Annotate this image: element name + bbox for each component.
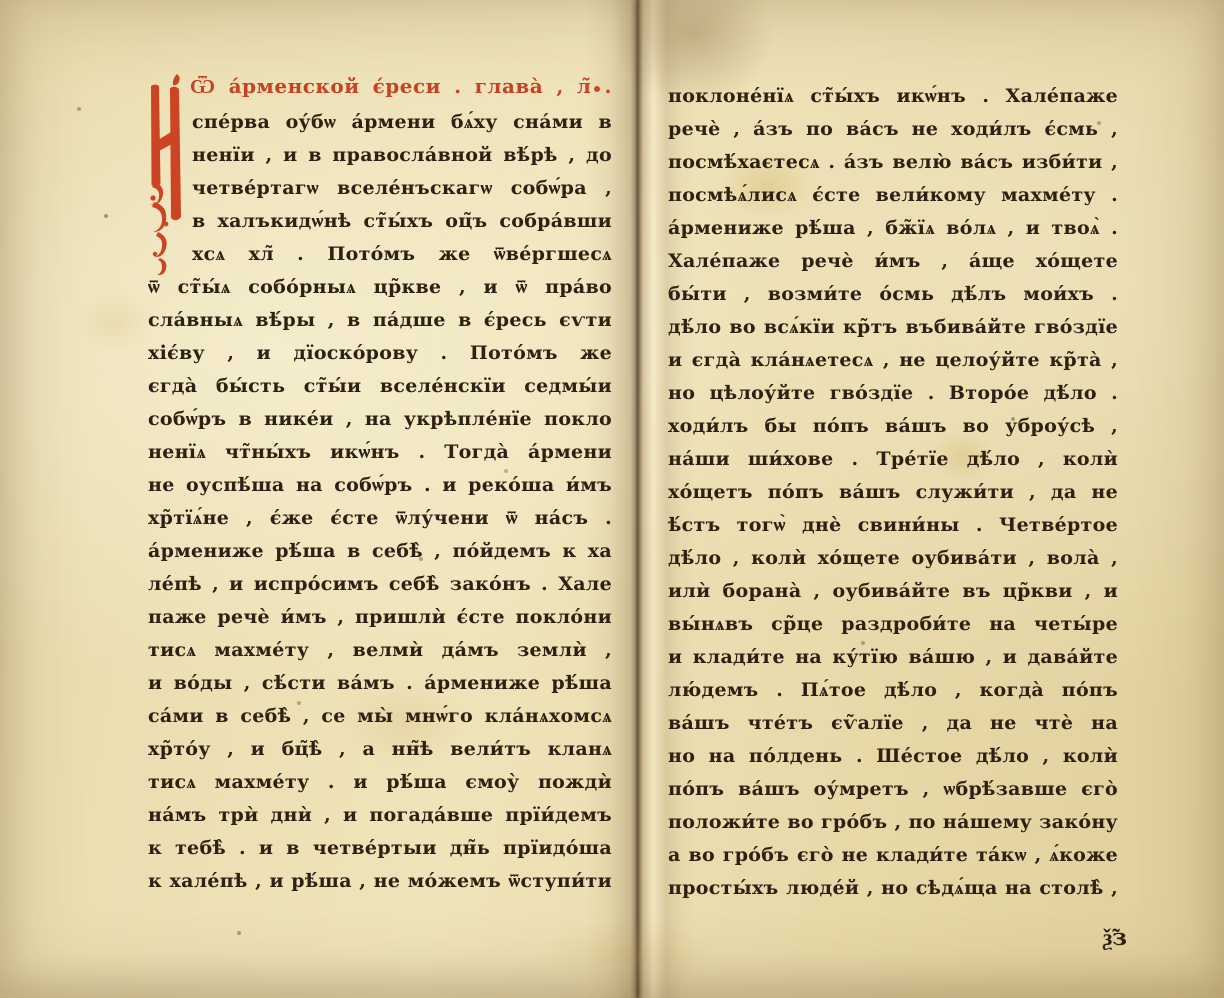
text-line: а́рмениже рѣ́ша , бж̃їѧ во́лѧ , и твоѧ̀ … <box>668 212 1118 245</box>
text-line: и клади́те на ку́тїю ва́шю , и дава́йте <box>668 641 1118 674</box>
text-line: а во гро́бъ єго̀ не клади́те та́кѡ , ѧ́к… <box>668 839 1118 872</box>
text-line: хо́щетъ по́пъ ва́шъ служи́ти , да не <box>668 476 1118 509</box>
chapter-heading: Ѿ а́рменской є́реси . глава̀ , л̃ . <box>190 70 612 103</box>
text-line: посмѣѧ́лисѧ є́сте вели́кому махме́ту . <box>668 179 1118 212</box>
book-spread: Ѿ а́рменской є́реси . глава̀ , л̃ . спе́… <box>0 0 1224 998</box>
text-line: речѐ , а́зъ по ва́съ не ходи́лъ є́смь , … <box>668 113 1118 146</box>
text-line: хр̃тїѧ́не , є́же є́сте ѿлу́чени ѿ на́съ … <box>148 502 612 535</box>
text-line: поклоне́нїѧ ст̃ы́хъ икѡ́нъ . Хале́паже <box>668 80 1118 113</box>
text-line: в халъкидѡ́нѣ ст̃ы́хъ оц̃ъ собра́вши <box>192 205 612 238</box>
text-line: по́пъ ва́шъ оу́мретъ , ѡбрѣ́завше єго̀ <box>668 773 1118 806</box>
text-line: тисѧ махме́ту . и рѣ́ша ємоу̀ пождѝ <box>148 766 612 799</box>
quire-signature: ѯ̃з <box>1080 918 1150 958</box>
text-line: сла́вныѧ вѣ́ры , в па́дше в є́ресь єѵти <box>148 304 612 337</box>
text-line: но цѣлоу́йте гво́здїе . Второ́е дѣ́ло . <box>668 377 1118 410</box>
right-page: поклоне́нїѧ ст̃ы́хъ икѡ́нъ . Хале́паже р… <box>668 80 1118 905</box>
text-line: ва́шъ чте́тъ єѵ̃алїе , да не чтѐ на вост… <box>668 707 1118 740</box>
text-line: на́ши ши́хове . Тре́тїе дѣ́ло , колѝ <box>668 443 1118 476</box>
text-line: лю́демъ . Пѧ́тое дѣ́ло , когда̀ по́пъ <box>668 674 1118 707</box>
text-line: вы́нѧвъ ср̃це раздроби́те на четы́ре ча́… <box>668 608 1118 641</box>
text-line: ненїѧ чт̃ны́хъ икѡ́нъ . Тогда̀ а́рмени <box>148 436 612 469</box>
text-line: ле́пѣ , и испро́симъ себѣ̀ зако́нъ . Хал… <box>148 568 612 601</box>
text-line: но на по́лдень . Ше́стое дѣ́ло , колѝ <box>668 740 1118 773</box>
text-line: хсѧ хл̃ . Пото́мъ же ѿве́ргшесѧ <box>192 238 612 271</box>
text-line: Хале́паже речѐ и́мъ , а́ще хо́щете жи́вы <box>668 245 1118 278</box>
text-line: спе́рва оу́бѡ а́рмени бѧ́ху сна́ми в соє… <box>192 106 612 139</box>
text-line: собѡ́ръ в нике́и , на укрѣпле́нїе покло <box>148 403 612 436</box>
gutter-crease <box>636 0 639 998</box>
text-line: ненїи , и в правосла́вной вѣ́рѣ , до ст̃… <box>192 139 612 172</box>
text-line: а́рмениже рѣ́ша в себѣ̀ , по́йдемъ к ха <box>148 535 612 568</box>
text-line: и єгда̀ кла́нѧетесѧ , не целоу́йте кр̃та… <box>668 344 1118 377</box>
text-line: єгда̀ бы́сть ст̃ы́и вселе́нскїи седмы́и <box>148 370 612 403</box>
text-line: ходи́лъ бы по́пъ ва́шъ во уброу́сѣ , ка́… <box>668 410 1118 443</box>
text-line: хр̃то́у , и бц̃ѣ̀ , а нн̃ѣ вели́тъ кланѧ <box>148 733 612 766</box>
text-line: паже речѐ и́мъ , пришлѝ є́сте покло́ни <box>148 601 612 634</box>
text-line: бы́ти , возми́те о́смь дѣ́лъ мои́хъ . пе… <box>668 278 1118 311</box>
text-line: хіє́ву , и дїоско́рову . Пото́мъ же <box>148 337 612 370</box>
text-line: дѣ́ло во всѧ́кїи кр̃тъ въбива́йте гво́зд… <box>668 311 1118 344</box>
text-line: посмѣ́хаєтесѧ . а́зъ велю̀ ва́съ изби́ти… <box>668 146 1118 179</box>
text-line: са́ми в себѣ̀ , се мы̀ мнѡ́го кла́нѧхомс… <box>148 700 612 733</box>
text-line: дѣ́ло , колѝ хо́щете оубива́ти , вола̀ , <box>668 542 1118 575</box>
text-line: тисѧ махме́ту , велмѝ да́мъ землѝ , <box>148 634 612 667</box>
page-stain <box>75 290 155 354</box>
page-stain <box>540 920 720 986</box>
text-line: четве́ртагѡ вселе́нъскагѡ собѡ́ра , и́же <box>192 172 612 205</box>
text-line: ѿ ст̃ы́ѧ собо́рныѧ цр̃кве , и ѿ пра́во <box>148 271 612 304</box>
text-line: к хале́пѣ , и рѣ́ша , не мо́жемъ ѿступи́… <box>148 865 612 898</box>
text-line: илѝ борана̀ , оубива́йте въ цр̃кви , и <box>668 575 1118 608</box>
text-line: на́мъ трѝ днѝ , и погада́вше прїи́демъ <box>148 799 612 832</box>
text-line: просты́хъ люде́й , но сѣдѧ́ща на столѣ̀ … <box>668 872 1118 905</box>
text-line: и во́ды , сѣ́сти ва́мъ . а́рмениже рѣ́ша <box>148 667 612 700</box>
text-line: ѣ́стъ тогѡ̀ днѐ свини́ны . Четве́ртое <box>668 509 1118 542</box>
left-page: спе́рва оу́бѡ а́рмени бѧ́ху сна́ми в соє… <box>148 106 612 898</box>
text-line: положи́те во гро́бъ , по на́шему зако́ну… <box>668 806 1118 839</box>
ink-specks <box>0 0 2 2</box>
text-line: не оуспѣ́ша на собѡ́ръ . и реко́ша и́мъ <box>148 469 612 502</box>
text-line: к тебѣ̀ . и в четве́ртыи дн̃ь прїидо́ша <box>148 832 612 865</box>
